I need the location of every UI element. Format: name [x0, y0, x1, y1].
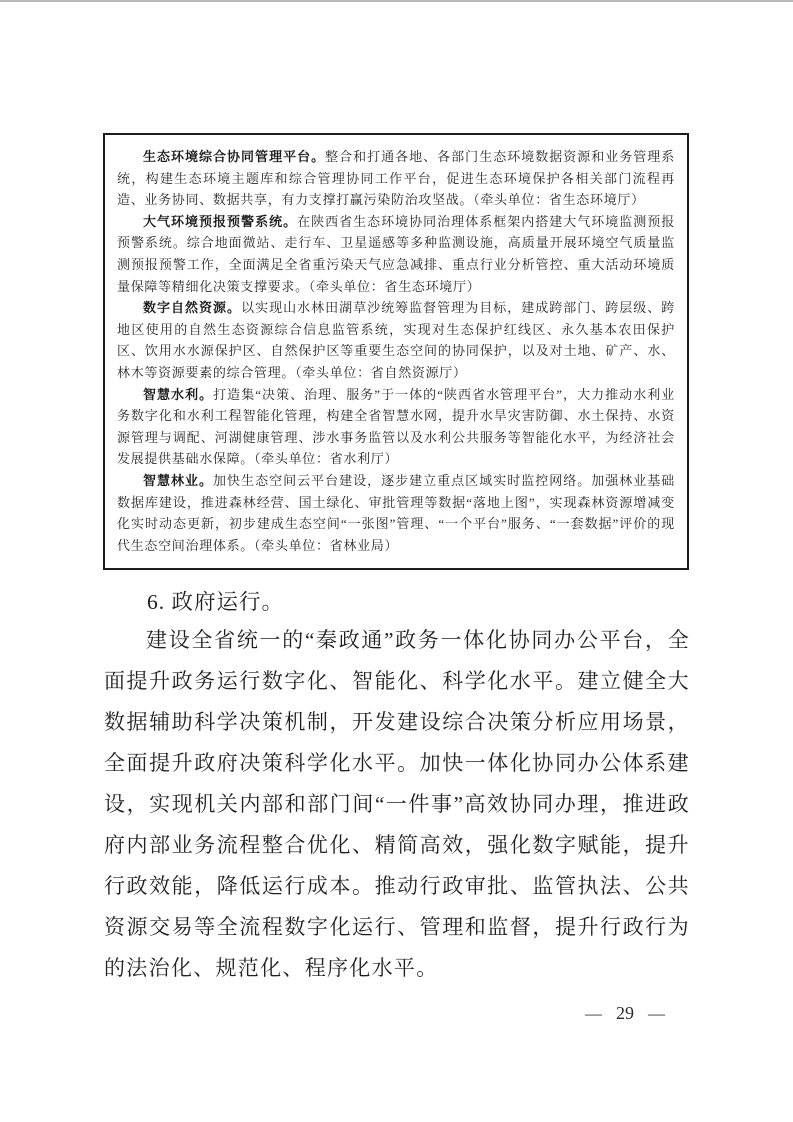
page-number-value: 29	[616, 1003, 634, 1024]
document-page: 生态环境综合协同管理平台。整合和打通各地、各部门生态环境数据资源和业务管理系统，…	[0, 0, 793, 1122]
box-paragraph-eco-platform: 生态环境综合协同管理平台。整合和打通各地、各部门生态环境数据资源和业务管理系统，…	[117, 146, 675, 211]
paragraph-lead: 智慧水利。	[143, 387, 213, 402]
box-paragraph-natural-resources: 数字自然资源。以实现山水林田湖草沙统筹监督管理为目标，建成跨部门、跨层级、跨地区…	[117, 297, 675, 383]
page-footer: — 29 —	[585, 1003, 665, 1024]
page-number-dash-left: —	[585, 1004, 602, 1024]
paragraph-lead: 大气环境预报预警系统。	[143, 214, 297, 229]
paragraph-lead: 数字自然资源。	[143, 300, 241, 315]
paragraph-lead: 生态环境综合协同管理平台。	[143, 149, 325, 164]
section-6-heading: 6. 政府运行。	[104, 585, 690, 616]
paragraph-lead: 智慧林业。	[143, 473, 213, 488]
box-paragraph-air-warning: 大气环境预报预警系统。在陕西省生态环境协同治理体系框架内搭建大气环境监测预报预警…	[117, 211, 675, 297]
platform-projects-box: 生态环境综合协同管理平台。整合和打通各地、各部门生态环境数据资源和业务管理系统，…	[103, 133, 689, 570]
section-6-paragraph: 建设全省统一的“秦政通”政务一体化协同办公平台，全面提升政务运行数字化、智能化、…	[104, 620, 690, 989]
box-paragraph-smart-forestry: 智慧林业。加快生态空间云平台建设，逐步建立重点区域实时监控网络。加强林业基础数据…	[117, 470, 675, 556]
box-paragraph-smart-water: 智慧水利。打造集“决策、治理、服务”于一体的“陕西省水管理平台”，大力推动水利业…	[117, 384, 675, 470]
scan-edge-line	[0, 0, 793, 2]
page-number-dash-right: —	[648, 1004, 665, 1024]
